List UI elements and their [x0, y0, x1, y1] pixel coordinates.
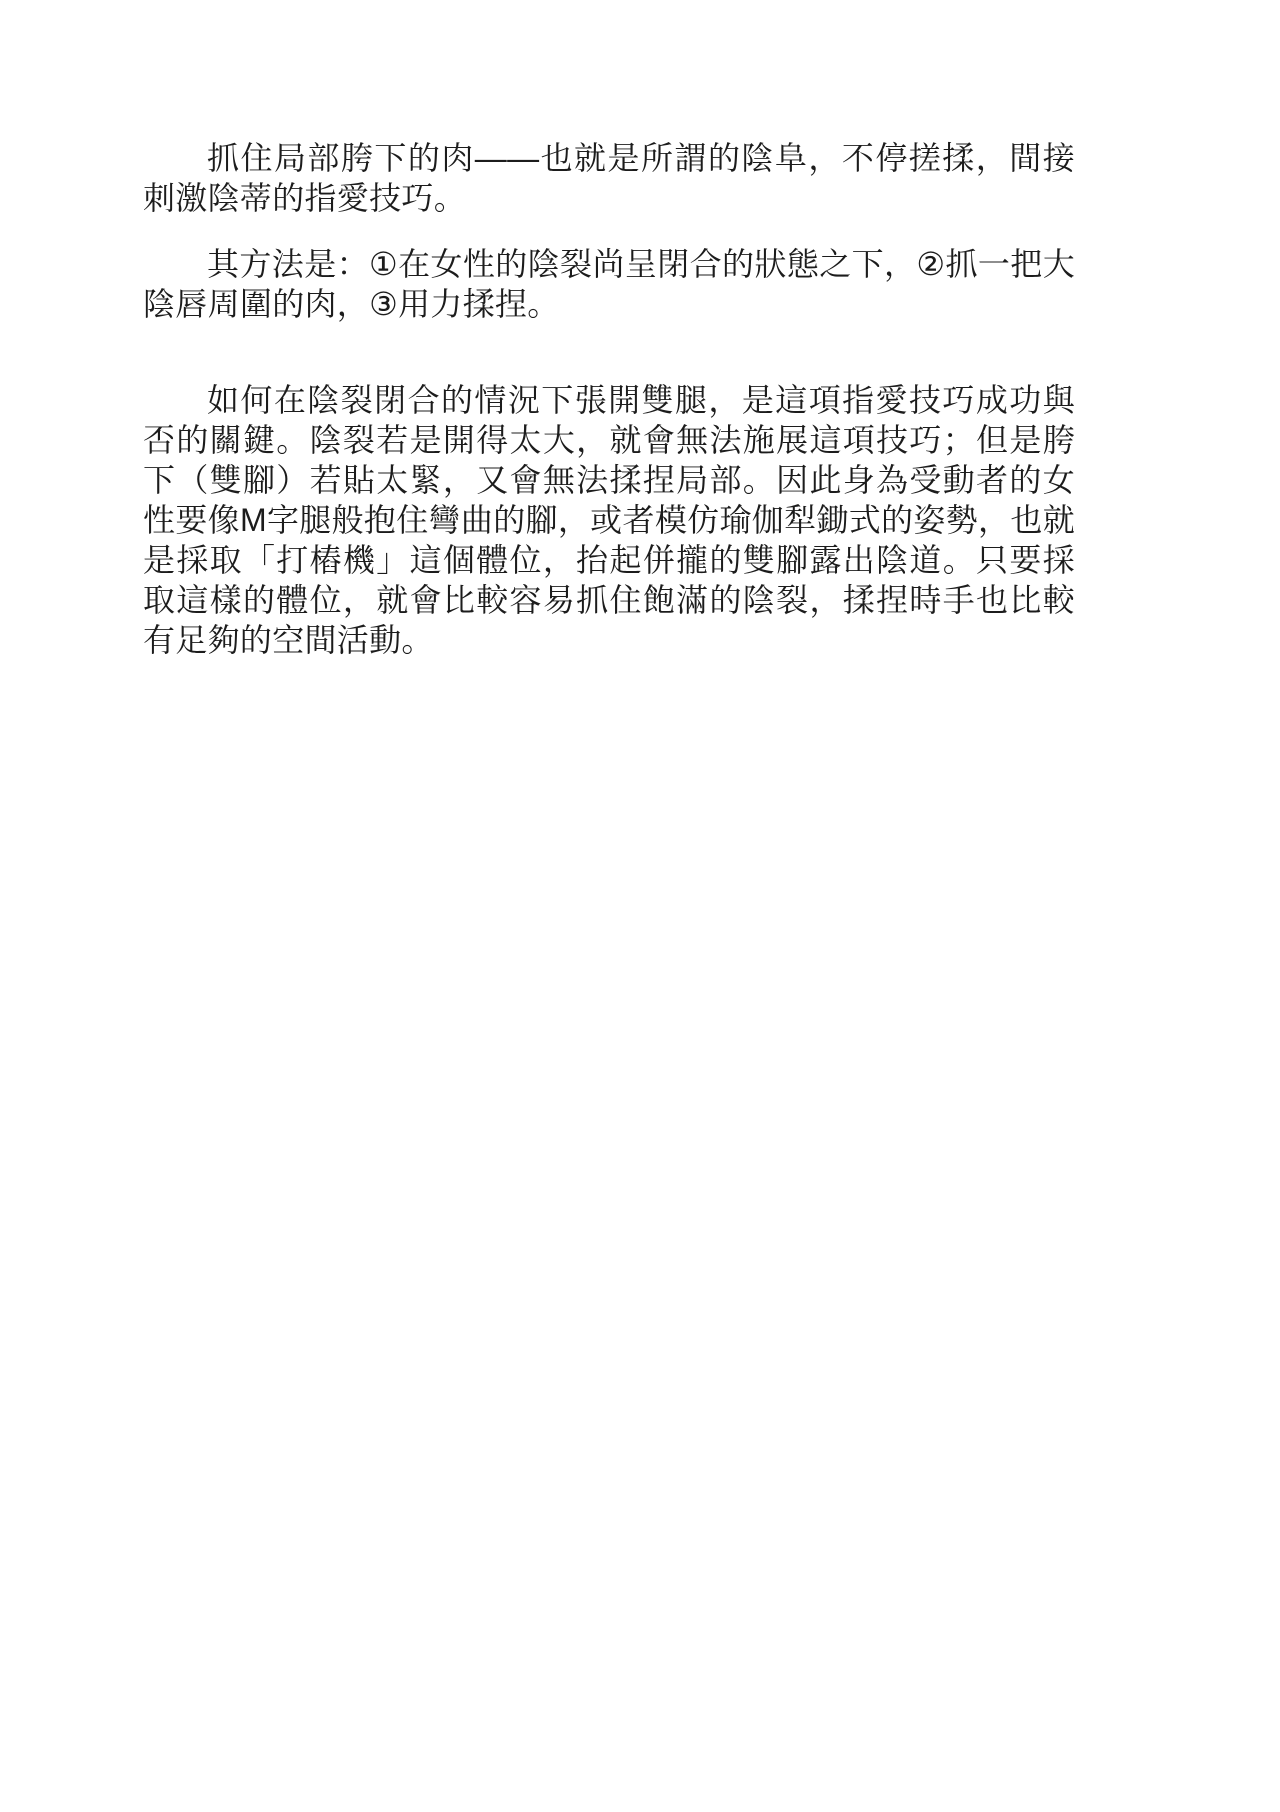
document-page: { "page": { "background_color": "#ffffff… [0, 0, 1280, 1812]
page-background: 抓住局部胯下的肉——也就是所謂的陰阜，不停搓揉，間接刺激陰蒂的指愛技巧。 其方法… [0, 0, 1280, 1812]
paragraph-3: 如何在陰裂閉合的情況下張開雙腿，是這項指愛技巧成功與否的關鍵。陰裂若是開得太大，… [143, 380, 1075, 660]
paragraph-1: 抓住局部胯下的肉——也就是所謂的陰阜，不停搓揉，間接刺激陰蒂的指愛技巧。 [143, 138, 1075, 218]
body-text-block: 抓住局部胯下的肉——也就是所謂的陰阜，不停搓揉，間接刺激陰蒂的指愛技巧。 其方法… [143, 138, 1075, 686]
paragraph-2: 其方法是：①在女性的陰裂尚呈閉合的狀態之下，②抓一把大陰唇周圍的肉，③用力揉捏。 [143, 244, 1075, 324]
